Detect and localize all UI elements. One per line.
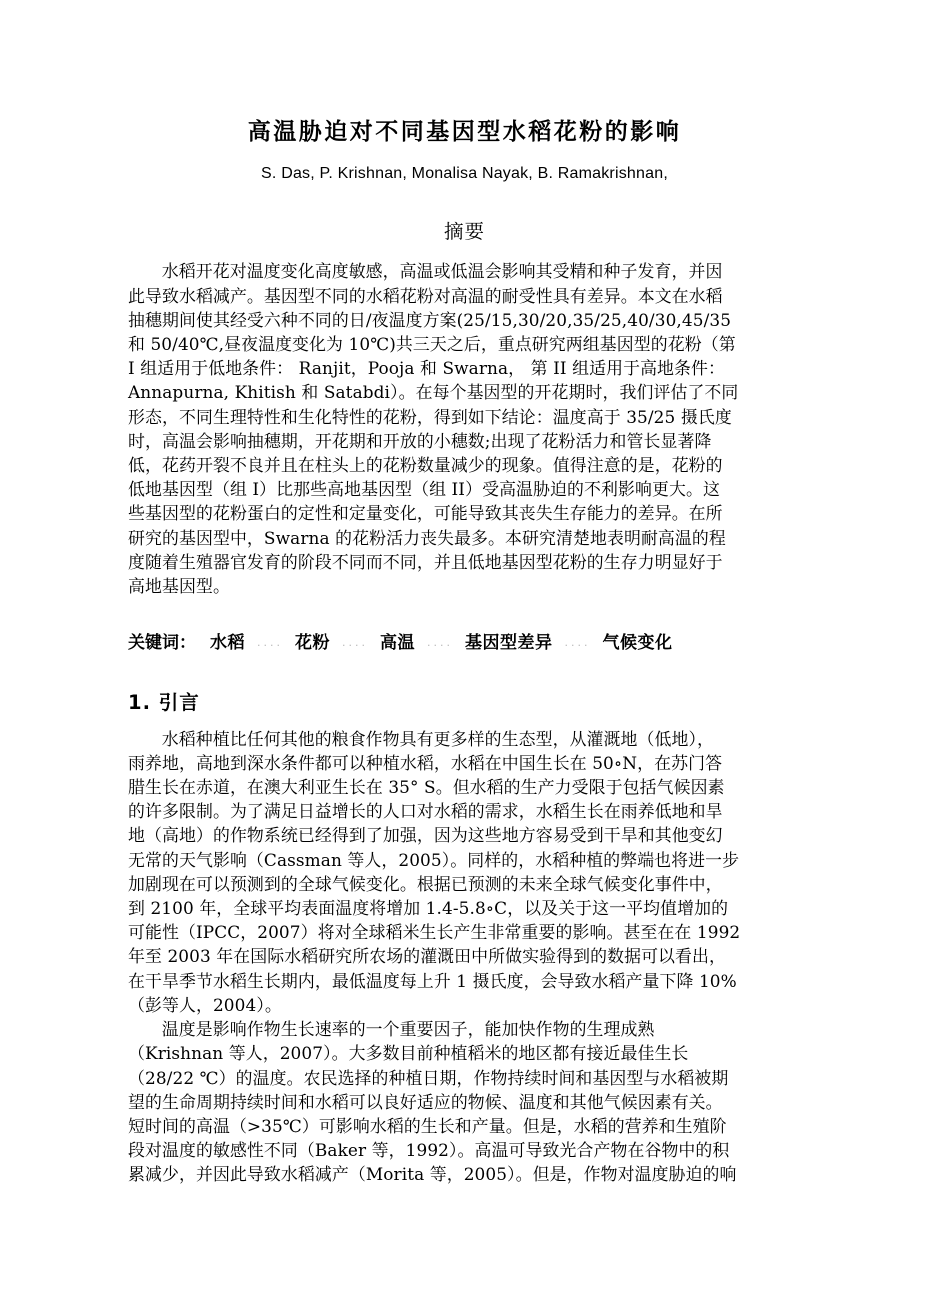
intro-paragraph-2: 温度是影响作物生长速率的一个重要因子，能加快作物的生理成熟（Krishnan 等… bbox=[128, 1017, 801, 1186]
keyword: 花粉 bbox=[295, 633, 330, 653]
text-line: 研究的基因型中，Swarna 的花粉活力丧失最多。本研究清楚地表明耐高温的程 bbox=[128, 526, 801, 550]
keyword: 高温 bbox=[380, 633, 415, 653]
text-line: 水稻种植比任何其他的粮食作物具有更多样的生态型，从灌溉地（低地）， bbox=[128, 727, 801, 751]
text-line: 些基因型的花粉蛋白的定性和定量变化，可能导致其丧失生存能力的差异。在所 bbox=[128, 501, 801, 525]
text-line: 水稻开花对温度变化高度敏感，高温或低温会影响其受精和种子发育，并因 bbox=[128, 259, 801, 283]
text-line: 雨养地，高地到深水条件都可以种植水稻，水稻在中国生长在 50∘N，在苏门答 bbox=[128, 751, 801, 775]
section-heading-introduction: 1. 引言 bbox=[128, 691, 801, 714]
authors-line: S. Das, P. Krishnan, Monalisa Nayak, B. … bbox=[128, 164, 801, 183]
keyword-separator-dots: .... bbox=[427, 636, 453, 650]
keyword-separator-dots: .... bbox=[257, 636, 283, 650]
abstract-paragraph: 水稻开花对温度变化高度敏感，高温或低温会影响其受精和种子发育，并因此导致水稻减产… bbox=[128, 259, 801, 598]
text-line: 在干旱季节水稻生长期内，最低温度每上升 1 摄氏度，会导致水稻产量下降 10% bbox=[128, 969, 801, 993]
keyword: 气候变化 bbox=[603, 633, 673, 653]
text-line: 低，花药开裂不良并且在柱头上的花粉数量减少的现象。值得注意的是，花粉的 bbox=[128, 453, 801, 477]
keyword: 基因型差异 bbox=[465, 633, 553, 653]
intro-paragraph-1: 水稻种植比任何其他的粮食作物具有更多样的生态型，从灌溉地（低地），雨养地，高地到… bbox=[128, 727, 801, 1017]
text-line: 此导致水稻减产。基因型不同的水稻花粉对高温的耐受性具有差异。本文在水稻 bbox=[128, 284, 801, 308]
text-line: 腊生长在赤道，在澳大利亚生长在 35° S。但水稻的生产力受限于包括气候因素 bbox=[128, 775, 801, 799]
text-line: 度随着生殖器官发育的阶段不同而不同，并且低地基因型花粉的生存力明显好于 bbox=[128, 550, 801, 574]
keyword-separator-dots: .... bbox=[342, 636, 368, 650]
text-line: 温度是影响作物生长速率的一个重要因子，能加快作物的生理成熟 bbox=[128, 1017, 801, 1041]
text-line: 短时间的高温（>35℃）可影响水稻的生长和产量。但是，水稻的营养和生殖阶 bbox=[128, 1114, 801, 1138]
paper-title: 高温胁迫对不同基因型水稻花粉的影响 bbox=[128, 118, 801, 147]
text-line: 的许多限制。为了满足日益增长的人口对水稻的需求，水稻生长在雨养低地和旱 bbox=[128, 799, 801, 823]
text-line: （彭等人，2004）。 bbox=[128, 993, 801, 1017]
keyword: 水稻 bbox=[210, 633, 245, 653]
keywords-line: 关键词：水稻....花粉....高温....基因型差异....气候变化 bbox=[128, 632, 801, 654]
text-line: 高地基因型。 bbox=[128, 574, 801, 598]
text-line: 段对温度的敏感性不同（Baker 等，1992）。高温可导致光合产物在谷物中的积 bbox=[128, 1138, 801, 1162]
keywords-label: 关键词： bbox=[128, 633, 196, 653]
text-line: 低地基因型（组 I）比那些高地基因型（组 II）受高温胁迫的不利影响更大。这 bbox=[128, 477, 801, 501]
document-page: 高温胁迫对不同基因型水稻花粉的影响 S. Das, P. Krishnan, M… bbox=[0, 0, 925, 1309]
text-line: 年至 2003 年在国际水稻研究所农场的灌溉田中所做实验得到的数据可以看出， bbox=[128, 944, 801, 968]
keywords-list: 水稻....花粉....高温....基因型差异....气候变化 bbox=[210, 633, 673, 653]
abstract-heading: 摘要 bbox=[128, 220, 801, 243]
text-line: 无常的天气影响（Cassman 等人，2005）。同样的，水稻种植的弊端也将进一… bbox=[128, 848, 801, 872]
text-line: 望的生命周期持续时间和水稻可以良好适应的物候、温度和其他气候因素有关。 bbox=[128, 1090, 801, 1114]
text-line: 可能性（IPCC，2007）将对全球稻米生长产生非常重要的影响。甚至在在 199… bbox=[128, 920, 801, 944]
text-line: I 组适用于低地条件： Ranjit，Pooja 和 Swarna， 第 II … bbox=[128, 356, 801, 380]
text-line: Annapurna, Khitish 和 Satabdi）。在每个基因型的开花期… bbox=[128, 380, 801, 404]
text-line: （28/22 ℃）的温度。农民选择的种植日期，作物持续时间和基因型与水稻被期 bbox=[128, 1066, 801, 1090]
text-line: 地（高地）的作物系统已经得到了加强，因为这些地方容易受到干旱和其他变幻 bbox=[128, 823, 801, 847]
text-line: 形态，不同生理特性和生化特性的花粉，得到如下结论：温度高于 35/25 摄氏度 bbox=[128, 405, 801, 429]
text-line: 加剧现在可以预测到的全球气候变化。根据已预测的未来全球气候变化事件中， bbox=[128, 872, 801, 896]
text-line: 累减少，并因此导致水稻减产（Morita 等，2005）。但是，作物对温度胁迫的… bbox=[128, 1162, 801, 1186]
keyword-separator-dots: .... bbox=[565, 636, 591, 650]
text-line: 到 2100 年，全球平均表面温度将增加 1.4-5.8∘C，以及关于这一平均值… bbox=[128, 896, 801, 920]
text-line: 和 50/40℃,昼夜温度变化为 10℃)共三天之后，重点研究两组基因型的花粉（… bbox=[128, 332, 801, 356]
text-line: 时，高温会影响抽穗期，开花期和开放的小穗数;出现了花粉活力和管长显著降 bbox=[128, 429, 801, 453]
text-line: 抽穗期间使其经受六种不同的日/夜温度方案(25/15,30/20,35/25,4… bbox=[128, 308, 801, 332]
text-line: （Krishnan 等人，2007）。大多数目前种植稻米的地区都有接近最佳生长 bbox=[128, 1041, 801, 1065]
